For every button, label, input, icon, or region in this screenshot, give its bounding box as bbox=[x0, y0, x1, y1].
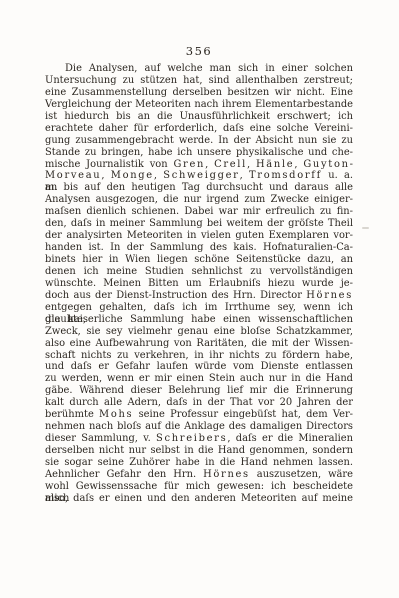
text-line: nehmen nach bloſs auf die Anklage des da… bbox=[45, 421, 353, 433]
text-line: wohl Gewissenssache für mich gewesen: ic… bbox=[45, 481, 353, 493]
emphasized-name: Morveau bbox=[45, 170, 101, 181]
emphasized-name: Schreibers bbox=[156, 433, 227, 444]
text-line: Vergleichung der Meteoriten nach ihrem E… bbox=[45, 99, 353, 111]
text-line: den, daſs in meiner Sammlung bei weitem … bbox=[45, 218, 353, 230]
text-line: Zweck, sie sey vielmehr genau eine bloſs… bbox=[45, 326, 353, 338]
text-line: der analysirten Meteoriten in vielen gut… bbox=[45, 230, 353, 242]
text-line: binets hier in Wien liegen schöne Seiten… bbox=[45, 254, 353, 266]
text-line: mische Journalistik von Gren, Crell, Hän… bbox=[45, 159, 353, 171]
text-line: derselben nicht nur selbst in die Hand g… bbox=[45, 445, 353, 457]
text-line: gung zusammengebracht werde. In der Absi… bbox=[45, 135, 353, 147]
text-line: maſsen dienlich schienen. Dabei war mir … bbox=[45, 206, 353, 218]
page-number: 356 bbox=[45, 44, 353, 58]
scan-artifact bbox=[362, 227, 369, 229]
text-line: sie sogar seine Zuhörer habe in die Hand… bbox=[45, 457, 353, 469]
emphasized-name: Tromsdorff bbox=[249, 170, 322, 181]
emphasized-name: Gren bbox=[173, 159, 205, 170]
emphasized-name: Hörnes bbox=[306, 290, 353, 301]
text-line: berühmte Mohs seine Professur eingebüſst… bbox=[45, 409, 353, 421]
emphasized-name: Mohs bbox=[99, 409, 133, 420]
text-line: erachtete daher für erforderlich, daſs e… bbox=[45, 123, 353, 135]
text-line: handen ist. In der Sammlung des kais. Ho… bbox=[45, 242, 353, 254]
text-line: an bis auf den heutigen Tag durchsucht u… bbox=[45, 182, 353, 194]
text-line: Untersuchung zu stützen hat, sind allent… bbox=[45, 75, 353, 87]
emphasized-name: Hörnes bbox=[203, 469, 250, 480]
text-line: schaft nichts zu verkehren, in ihr nicht… bbox=[45, 350, 353, 362]
text-line: Aehnlicher Gefahr den Hrn. Hörnes auszus… bbox=[45, 469, 353, 481]
emphasized-name: Hänle bbox=[256, 159, 294, 170]
text-line: entgegen gehalten, daſs ich im Irrthume … bbox=[45, 302, 353, 314]
text-line: denen ich meine Studien sehnlichst zu ve… bbox=[45, 266, 353, 278]
emphasized-name: Crell bbox=[214, 159, 247, 170]
text-line: kalt durch alle Adern, daſs in der That … bbox=[45, 397, 353, 409]
text-line: Stande zu bringen, habe ich unsere physi… bbox=[45, 147, 353, 159]
emphasized-name: Schweigger bbox=[163, 170, 239, 181]
text-line: zu werden, wenn er mir einen Stein auch … bbox=[45, 373, 353, 385]
emphasized-name: Monge bbox=[111, 170, 154, 181]
text-line: also eine Aufbewahrung von Raritäten, di… bbox=[45, 338, 353, 350]
body-text: Die Analysen, auf welche man sich in ein… bbox=[45, 63, 353, 505]
text-line: doch aus der Dienst-Instruction des Hrn.… bbox=[45, 290, 353, 302]
text-line: und daſs er Gefahr laufen würde vom Dien… bbox=[45, 361, 353, 373]
text-line: eine Zusammenstellung derselben besitzen… bbox=[45, 87, 353, 99]
text-line: die kaiserliche Sammlung habe einen wiss… bbox=[45, 314, 353, 326]
text-line: wünschte. Meinen Bitten um Erlaubniſs hi… bbox=[45, 278, 353, 290]
text-line: dieser Sammlung, v. Schreibers, daſs er … bbox=[45, 433, 353, 445]
scanned-book-page: 356 Die Analysen, auf welche man sich in… bbox=[0, 0, 399, 598]
text-line: Die Analysen, auf welche man sich in ein… bbox=[45, 63, 353, 75]
text-line: gäbe. Während dieser Belehrung lief mir … bbox=[45, 385, 353, 397]
text-line: also, daſs er einen und den anderen Mete… bbox=[45, 493, 353, 505]
text-line: ist hiedurch bis an die Unausführlichkei… bbox=[45, 111, 353, 123]
emphasized-name: Guyton bbox=[303, 159, 349, 170]
text-line: Morveau, Monge, Schweigger, Tromsdorff u… bbox=[45, 170, 353, 182]
text-line: Analysen ausgezogen, die nur irgend zum … bbox=[45, 194, 353, 206]
